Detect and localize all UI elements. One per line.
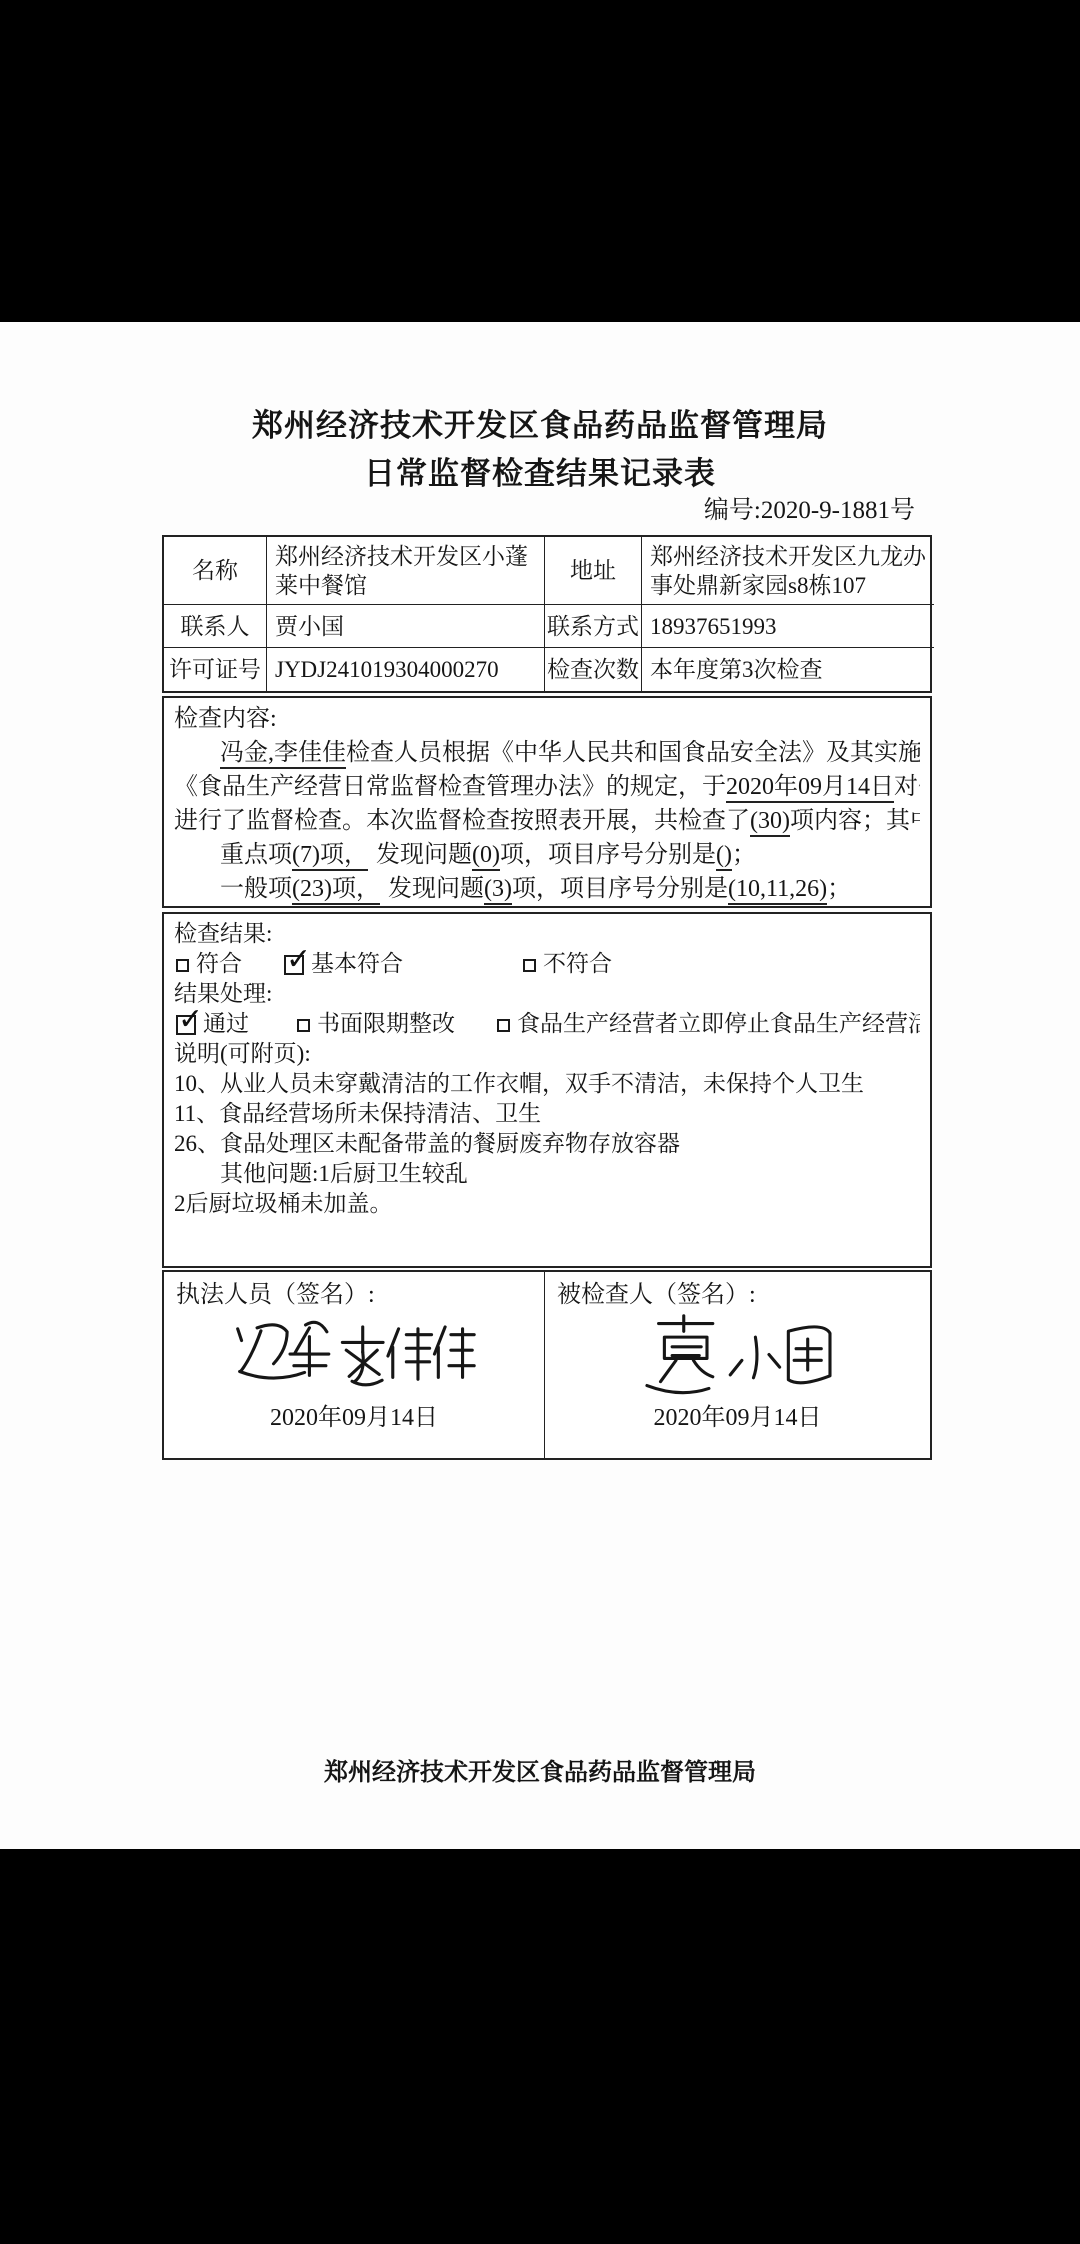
info-label: 许可证号	[164, 648, 267, 691]
handling-options-line: 通过书面限期整改食品生产经营者立即停止食品生产经营活动	[174, 1009, 920, 1039]
checkbox-unchecked[interactable]	[523, 959, 536, 972]
underlined-text-segment: 2020年09月14日	[726, 774, 894, 803]
text-segment: 对你单位	[894, 774, 920, 800]
underlined-text-segment: 冯金,李佳佳	[220, 740, 346, 769]
inspection-content-header: 检查内容:	[174, 702, 920, 736]
problem-line: 11、食品经营场所未保持清洁、卫生	[174, 1099, 920, 1129]
spacer	[403, 970, 521, 971]
content-line: 重点项(7)项，发现问题(0)项，项目序号分别是()；	[174, 838, 920, 872]
text-segment: 11、食品经营场所未保持清洁、卫生	[174, 1101, 541, 1126]
info-value: 18937651993	[642, 605, 934, 648]
underlined-text-segment: ()	[716, 842, 732, 871]
compliance-options-line: 符合基本符合不符合	[174, 949, 920, 979]
checkbox-unchecked[interactable]	[297, 1019, 310, 1032]
info-value: 贾小国	[267, 605, 545, 648]
info-label: 联系人	[164, 605, 267, 648]
text-segment: 基本符合	[311, 951, 403, 976]
info-value: JYDJ241019304000270	[267, 648, 545, 691]
info-label: 地址	[545, 537, 642, 605]
checkbox-unchecked[interactable]	[497, 1019, 510, 1032]
underlined-text-segment: (3)	[484, 876, 512, 905]
spacer	[455, 1030, 495, 1031]
inspection-content-box: 检查内容: 冯金,李佳佳检查人员根据《中华人民共和国食品安全法》及其实施条例、《…	[162, 696, 932, 908]
checkbox-checked[interactable]	[284, 955, 304, 975]
handling-header: 结果处理:	[174, 979, 920, 1009]
text-segment: 2后厨垃圾桶未加盖。	[174, 1191, 393, 1216]
underlined-text-segment: (23)项，	[292, 876, 380, 905]
signature-cell-inspected: 被检查人（签名）:	[545, 1272, 930, 1458]
doc-title-line2: 日常监督检查结果记录表	[0, 448, 1080, 493]
text-segment: 食品生产经营者立即停止食品生产经营活动	[517, 1011, 920, 1036]
spacer	[249, 1030, 295, 1031]
text-segment: 26、食品处理区未配备带盖的餐厨废弃物存放容器	[174, 1131, 680, 1156]
underlined-text-segment: (0)	[472, 842, 500, 871]
info-value: 郑州经济技术开发区九龙办事处鼎新家园s8栋107	[642, 537, 934, 605]
info-value: 郑州经济技术开发区小蓬莱中餐馆	[267, 537, 545, 605]
info-label: 名称	[164, 537, 267, 605]
enforcer-signature-label: 执法人员（签名）:	[176, 1280, 532, 1310]
text-segment: 其他问题:1后厨卫生较乱	[220, 1161, 468, 1186]
spacer	[368, 861, 376, 862]
spacer	[174, 759, 220, 760]
text-segment: 书面限期整改	[317, 1011, 455, 1036]
inspected-signature-date: 2020年09月14日	[557, 1404, 918, 1432]
inspection-result-header: 检查结果:	[174, 919, 920, 949]
inspection-result-box: 检查结果: 符合基本符合不符合 结果处理: 通过书面限期整改食品生产经营者立即停…	[162, 912, 932, 1268]
text-segment: 10、从业人员未穿戴清洁的工作衣帽，双手不清洁，未保持个人卫生	[174, 1071, 864, 1096]
problem-line: 10、从业人员未穿戴清洁的工作衣帽，双手不清洁，未保持个人卫生	[174, 1069, 920, 1099]
spacer	[174, 1180, 220, 1181]
text-segment: 检查人员根据《中华人民共和国食品安全法》及其实施条例、	[346, 740, 920, 766]
inspected-signature	[620, 1310, 855, 1402]
problem-list: 10、从业人员未穿戴清洁的工作衣帽，双手不清洁，未保持个人卫生11、食品经营场所…	[174, 1069, 920, 1219]
footer-organization: 郑州经济技术开发区食品药品监督管理局	[0, 1752, 1080, 1787]
spacer	[380, 895, 388, 896]
text-segment: 项内容；其中：	[790, 808, 920, 834]
text-segment: 通过	[203, 1011, 249, 1036]
info-label: 检查次数	[545, 648, 642, 691]
text-segment: 项，项目序号分别是	[512, 876, 728, 902]
problem-line: 其他问题:1后厨卫生较乱	[174, 1159, 920, 1189]
enforcer-signature	[228, 1310, 480, 1402]
info-label: 联系方式	[545, 605, 642, 648]
content-line: 一般项(23)项，发现问题(3)项，项目序号分别是(10,11,26)；	[174, 872, 920, 906]
doc-title-line1: 郑州经济技术开发区食品药品监督管理局	[0, 400, 1080, 445]
document-page: 郑州经济技术开发区食品药品监督管理局 日常监督检查结果记录表 编号:2020-9…	[0, 322, 1080, 1849]
inspected-signature-label: 被检查人（签名）:	[557, 1280, 918, 1310]
checkbox-unchecked[interactable]	[176, 959, 189, 972]
text-segment: 发现问题	[376, 842, 472, 868]
content-line: 冯金,李佳佳检查人员根据《中华人民共和国食品安全法》及其实施条例、	[174, 736, 920, 770]
spacer	[242, 970, 282, 971]
text-segment: 进行了监督检查。本次监督检查按照表开展，共检查了	[174, 808, 750, 834]
problem-line: 26、食品处理区未配备带盖的餐厨废弃物存放容器	[174, 1129, 920, 1159]
content-line: 《食品生产经营日常监督检查管理办法》的规定，于2020年09月14日对你单位	[174, 770, 920, 804]
info-value: 本年度第3次检查	[642, 648, 934, 691]
content-line: 进行了监督检查。本次监督检查按照表开展，共检查了(30)项内容；其中：	[174, 804, 920, 838]
text-segment: 项，项目序号分别是	[500, 842, 716, 868]
text-segment: ；	[732, 842, 756, 868]
problem-line: 2后厨垃圾桶未加盖。	[174, 1189, 920, 1219]
underlined-text-segment: (30)	[750, 808, 790, 837]
signature-section: 执法人员（签名）:	[162, 1270, 932, 1460]
spacer	[174, 895, 220, 896]
info-table: 名称郑州经济技术开发区小蓬莱中餐馆地址郑州经济技术开发区九龙办事处鼎新家园s8栋…	[162, 535, 932, 693]
text-segment: 重点项	[220, 842, 292, 868]
underlined-text-segment: (10,11,26)	[728, 876, 827, 905]
spacer	[174, 861, 220, 862]
checkbox-checked[interactable]	[176, 1015, 196, 1035]
inspection-content-lines: 冯金,李佳佳检查人员根据《中华人民共和国食品安全法》及其实施条例、《食品生产经营…	[174, 736, 920, 906]
text-segment: ；	[827, 876, 851, 902]
note-header: 说明(可附页):	[174, 1039, 920, 1069]
text-segment: 一般项	[220, 876, 292, 902]
text-segment: 发现问题	[388, 876, 484, 902]
text-segment: 《食品生产经营日常监督检查管理办法》的规定，于	[174, 774, 726, 800]
signature-cell-enforcer: 执法人员（签名）:	[164, 1272, 545, 1458]
text-segment: 符合	[196, 951, 242, 976]
doc-number: 编号:2020-9-1881号	[704, 490, 915, 526]
enforcer-signature-date: 2020年09月14日	[176, 1404, 532, 1432]
text-segment: 不符合	[543, 951, 612, 976]
underlined-text-segment: (7)项，	[292, 842, 368, 871]
